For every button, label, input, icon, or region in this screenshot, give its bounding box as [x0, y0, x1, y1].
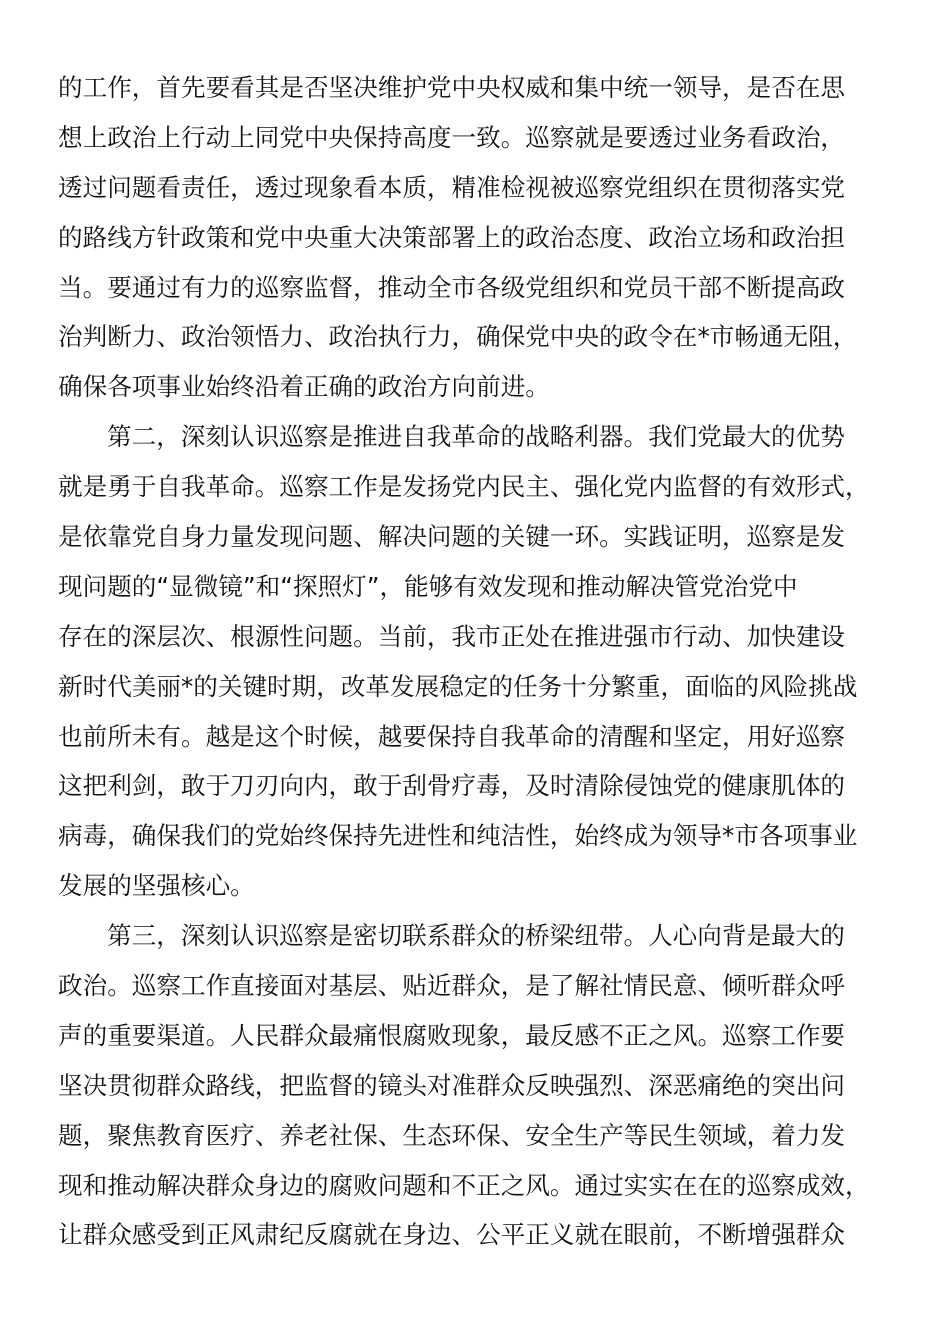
text-line: 确保各项事业始终沿着正确的政治方向前进。 — [58, 362, 898, 412]
text-line: 的路线方针政策和党中央重大决策部署上的政治态度、政治立场和政治担 — [58, 213, 898, 263]
text-line: 新时代美丽*的关键时期，改革发展稳定的任务十分繁重，面临的风险挑战 — [58, 662, 898, 712]
paragraph-heading-line: 第三，深刻认识巡察是密切联系群众的桥梁纽带。人心向背是最大的 — [58, 911, 898, 961]
text-line: 的工作，首先要看其是否坚决维护党中央权威和集中统一领导，是否在思 — [58, 63, 898, 113]
text-line: 让群众感受到正风肃纪反腐就在身边、公平正义就在眼前，不断增强群众 — [58, 1210, 898, 1260]
text-line: 政治。巡察工作直接面对基层、贴近群众，是了解社情民意、倾听群众呼 — [58, 961, 898, 1011]
text-line: 病毒，确保我们的党始终保持先进性和纯洁性，始终成为领导*市各项事业 — [58, 811, 898, 861]
text-line: 这把利剑，敢于刀刃向内，敢于刮骨疗毒，及时清除侵蚀党的健康肌体的 — [58, 761, 898, 811]
text-line: 想上政治上行动上同党中央保持高度一致。巡察就是要透过业务看政治， — [58, 113, 898, 163]
text-line: 现问题的“显微镜”和“探照灯”，能够有效发现和推动解决管党治党中 — [58, 562, 898, 612]
document-page: 的工作，首先要看其是否坚决维护党中央权威和集中统一领导，是否在思 想上政治上行动… — [0, 0, 950, 1344]
text-line: 存在的深层次、根源性问题。当前，我市正处在推进强市行动、加快建设 — [58, 612, 898, 662]
text-line: 坚决贯彻群众路线，把监督的镜头对准群众反映强烈、深恶痛绝的突出问 — [58, 1061, 898, 1111]
text-line: 题，聚焦教育医疗、养老社保、生态环保、安全生产等民生领域，着力发 — [58, 1111, 898, 1161]
text-line: 治判断力、政治领悟力、政治执行力，确保党中央的政令在*市畅通无阻， — [58, 312, 898, 362]
text-line: 是依靠党自身力量发现问题、解决问题的关键一环。实践证明，巡察是发 — [58, 512, 898, 562]
body-text: 的工作，首先要看其是否坚决维护党中央权威和集中统一领导，是否在思 想上政治上行动… — [58, 63, 898, 1260]
text-line: 发展的坚强核心。 — [58, 861, 898, 911]
text-line: 就是勇于自我革命。巡察工作是发扬党内民主、强化党内监督的有效形式， — [58, 462, 898, 512]
text-line: 也前所未有。越是这个时候，越要保持自我革命的清醒和坚定，用好巡察 — [58, 712, 898, 762]
text-line: 现和推动解决群众身边的腐败问题和不正之风。通过实实在在的巡察成效， — [58, 1161, 898, 1211]
paragraph-heading-line: 第二，深刻认识巡察是推进自我革命的战略利器。我们党最大的优势 — [58, 412, 898, 462]
text-line: 声的重要渠道。人民群众最痛恨腐败现象，最反感不正之风。巡察工作要 — [58, 1011, 898, 1061]
text-line: 透过问题看责任，透过现象看本质，精准检视被巡察党组织在贯彻落实党 — [58, 163, 898, 213]
text-line: 当。要通过有力的巡察监督，推动全市各级党组织和党员干部不断提高政 — [58, 263, 898, 313]
